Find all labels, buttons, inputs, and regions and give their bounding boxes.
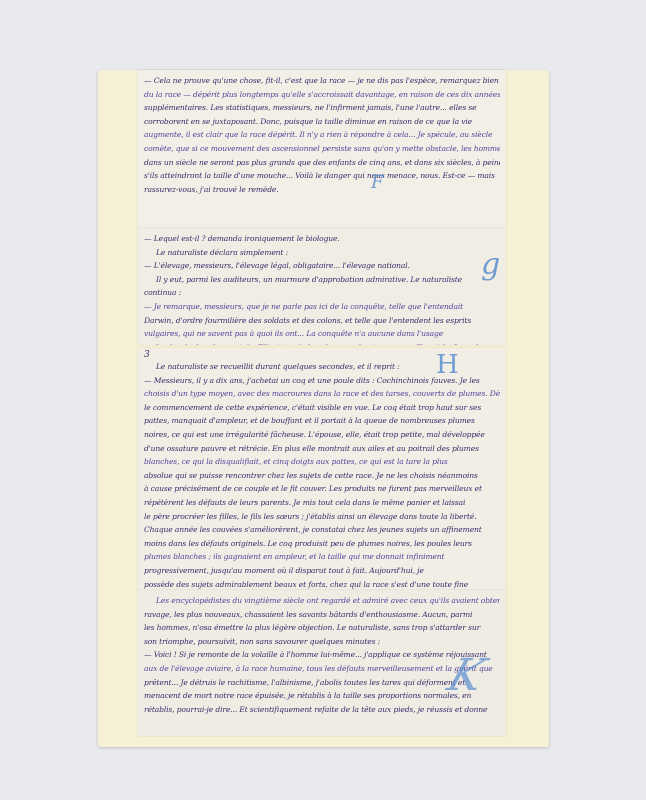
- page-number: 3: [144, 350, 150, 360]
- text-line: comète, que si ce mouvement des ascensio…: [144, 142, 500, 156]
- text-line: noires, ce qui est une irrégularité fâch…: [144, 428, 500, 442]
- text-line: supplémentaires. Les statistiques, messi…: [144, 101, 500, 115]
- text-line: à cause précisément de ce couple et le f…: [144, 482, 500, 496]
- pencil-marker-f: F: [371, 172, 384, 193]
- text-line: ou l'ordre de degré parentale. Elle n'au…: [144, 341, 500, 345]
- text-line: dans un siècle ne seront pas plus grands…: [144, 156, 500, 170]
- text-line: d'une ossature pauvre et rétrécie. En pl…: [144, 442, 500, 456]
- text-line: — Je remarque, messieurs, que je ne parl…: [144, 300, 500, 314]
- manuscript-slip-f: — Cela ne prouve qu'une chose, fit-il, c…: [138, 70, 506, 228]
- text-line: — Voici ! Si je remonte de la volaille à…: [144, 648, 500, 662]
- text-line: possède des sujets admirablement beaux e…: [144, 578, 500, 591]
- text-line: — Cela ne prouve qu'une chose, fit-il, c…: [144, 74, 500, 88]
- pencil-marker-h: H: [436, 350, 459, 380]
- text-line: augmente, il est clair que la race dépér…: [144, 128, 500, 142]
- manuscript-slip-h: Le naturaliste se recueillit durant quel…: [138, 348, 506, 590]
- text-line: ravage, les plus nouveaux, chassaient le…: [144, 608, 500, 622]
- text-line: Le naturaliste déclara simplement :: [144, 246, 500, 260]
- text-line: aux de l'élevage aviaire, à la race huma…: [144, 662, 500, 676]
- text-line: le père procréer les filles, le fils les…: [144, 510, 500, 524]
- text-line: blanches, ce qui la disqualifiait, et ci…: [144, 455, 500, 469]
- text-line: son triomphe, poursuivit, non sans savou…: [144, 635, 500, 649]
- text-line: moins dans les défauts originels. Le coq…: [144, 537, 500, 551]
- text-line: absolue qui se puisse rencontrer chez le…: [144, 469, 500, 483]
- text-line: le commencement de cette expérience, c'é…: [144, 401, 500, 415]
- text-line: rétablis, pourrai-je dire... Et scientif…: [144, 703, 500, 717]
- text-line: — Lequel est-il ? demanda ironiquement l…: [144, 232, 500, 246]
- text-line: Chaque année les couvées s'améliorèrent,…: [144, 523, 500, 537]
- text-line: corroborent en se juxtaposant. Donc, pui…: [144, 115, 500, 129]
- text-line: continua :: [144, 286, 500, 300]
- text-line: rassurez-vous, j'ai trouvé le remède.: [144, 183, 500, 197]
- manuscript-slip-k: Les encyclopédistes du vingtième siècle …: [138, 590, 506, 736]
- text-line: pattes, manquait d'ampleur, et de bouffa…: [144, 414, 500, 428]
- text-line: Les encyclopédistes du vingtième siècle …: [144, 594, 500, 608]
- text-line: vulgaires, qui ne savent pas à quoi ils …: [144, 327, 500, 341]
- text-line: Il y eut, parmi les auditeurs, un murmur…: [144, 273, 500, 287]
- text-line: du la race — dépérit plus longtemps qu'e…: [144, 88, 500, 102]
- text-line: choisis d'un type moyen, avec des macrou…: [144, 387, 500, 401]
- manuscript-slip-g: — Lequel est-il ? demanda ironiquement l…: [138, 228, 506, 345]
- text-line: — L'élevage, messieurs, l'élevage légal,…: [144, 259, 500, 273]
- text-line: répétèrent les défauts de leurs parents.…: [144, 496, 500, 510]
- text-line: progressivement, jusqu'au moment où il d…: [144, 564, 500, 578]
- text-line: s'ils atteindront la taille d'une mouche…: [144, 169, 500, 183]
- pencil-marker-g: g: [481, 247, 500, 282]
- text-line: plumes blanches ; ils gagnaient en ample…: [144, 550, 500, 564]
- text-line: Darwin, d'ordre fourmilière des soldats …: [144, 314, 500, 328]
- text-line: les hommes, n'osa émettre la plus légère…: [144, 621, 500, 635]
